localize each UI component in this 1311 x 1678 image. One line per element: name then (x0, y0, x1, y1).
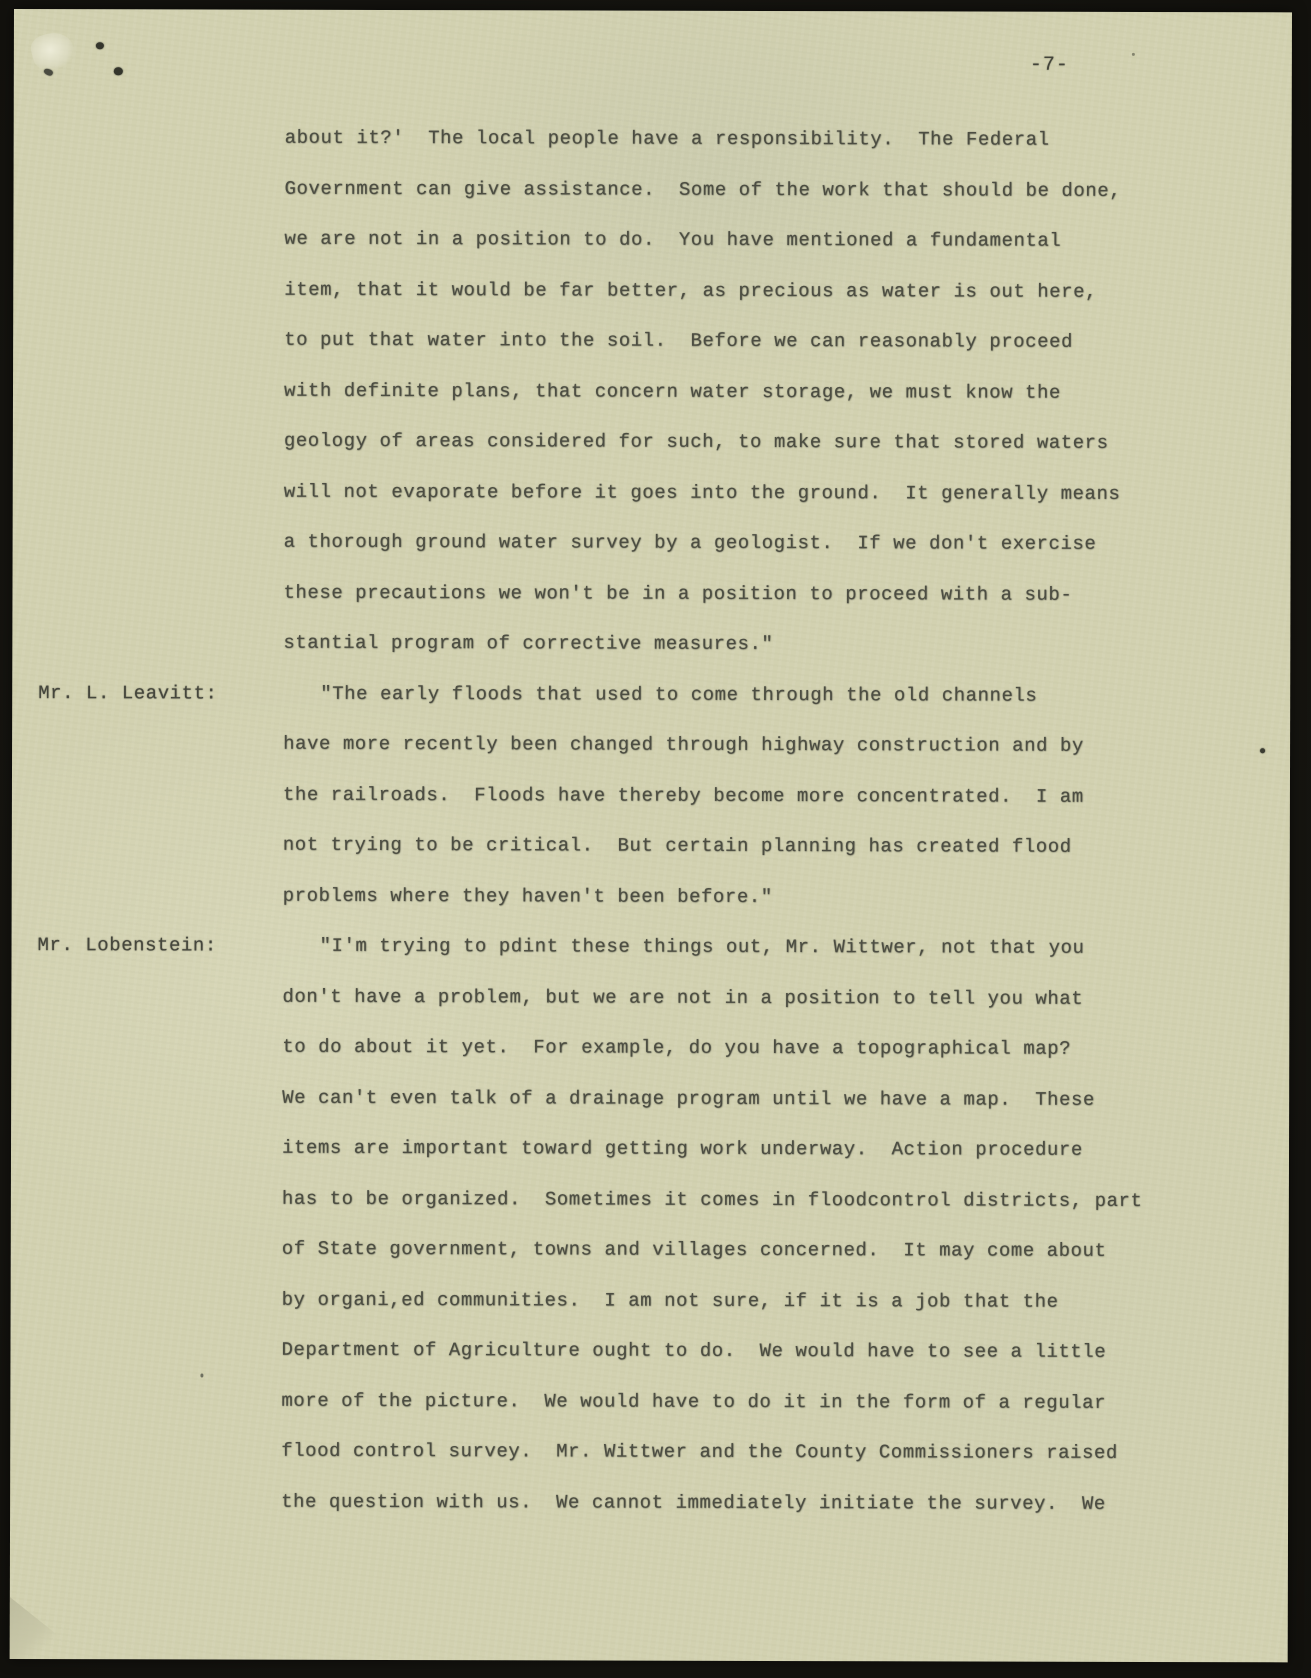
text-line: don't have a problem, but we are not in … (282, 971, 1273, 1024)
text-line: stantial program of corrective measures.… (283, 618, 1274, 671)
text-line: the question with us. We cannot immediat… (281, 1476, 1272, 1529)
text-line: flood control survey. Mr. Wittwer and th… (281, 1426, 1272, 1479)
text-line: We can't even talk of a drainage program… (282, 1072, 1273, 1125)
speaker-label: Mr. Lobenstein: (37, 920, 282, 971)
text-line: with definite plans, that concern water … (284, 365, 1275, 418)
text-line: of State government, towns and villages … (282, 1224, 1273, 1277)
text-line: not trying to be critical. But certain p… (283, 820, 1274, 873)
transcript: about it?' The local people have a respo… (36, 112, 1276, 1529)
paragraph-lines: about it?' The local people have a respo… (283, 113, 1275, 671)
text-line: about it?' The local people have a respo… (285, 113, 1276, 166)
page-number: -7- (1030, 54, 1069, 77)
text-line: we are not in a position to do. You have… (284, 214, 1275, 267)
text-line: has to be organized. Sometimes it comes … (282, 1173, 1273, 1226)
text-line: Department of Agriculture ought to do. W… (281, 1325, 1272, 1378)
paper-smudge (28, 28, 78, 74)
speaker-label: Mr. L. Leavitt: (38, 668, 283, 719)
paragraph-lobenstein: Mr. Lobenstein: "I'm trying to pdint the… (36, 920, 1274, 1529)
text-line: will not evaporate before it goes into t… (284, 466, 1275, 519)
paragraph-lines: "The early floods that used to come thro… (283, 668, 1275, 923)
ink-spot (96, 42, 104, 49)
text-line: to put that water into the soil. Before … (284, 315, 1275, 368)
text-line: these precautions we won't be in a posit… (283, 567, 1274, 620)
corner-fold (10, 1597, 88, 1659)
ink-spot (1132, 53, 1135, 56)
text-line: a thorough ground water survey by a geol… (284, 517, 1275, 570)
ink-spot (114, 67, 123, 75)
text-line: "The early floods that used to come thro… (283, 668, 1274, 721)
paragraph-leavitt: Mr. L. Leavitt: "The early floods that u… (38, 668, 1275, 924)
text-line: by organi,ed communities. I am not sure,… (282, 1274, 1273, 1327)
text-line: item, that it would be far better, as pr… (284, 264, 1275, 317)
text-line: problems where they haven't been before.… (283, 870, 1274, 923)
document-page: -7- about it?' The local people have a r… (10, 9, 1292, 1662)
speaker-label (40, 112, 285, 113)
text-line: items are important toward getting work … (282, 1123, 1273, 1176)
text-line: to do about it yet. For example, do you … (282, 1022, 1273, 1075)
text-line: the railroads. Floods have thereby becom… (283, 769, 1274, 822)
paragraph-continuation: about it?' The local people have a respo… (38, 112, 1275, 671)
text-line: have more recently been changed through … (283, 719, 1274, 772)
text-line: more of the picture. We would have to do… (281, 1375, 1272, 1428)
text-line: geology of areas considered for such, to… (284, 416, 1275, 469)
text-line: "I'm trying to pdint these things out, M… (282, 921, 1273, 974)
paragraph-lines: "I'm trying to pdint these things out, M… (281, 921, 1274, 1530)
text-line: Government can give assistance. Some of … (284, 163, 1275, 216)
